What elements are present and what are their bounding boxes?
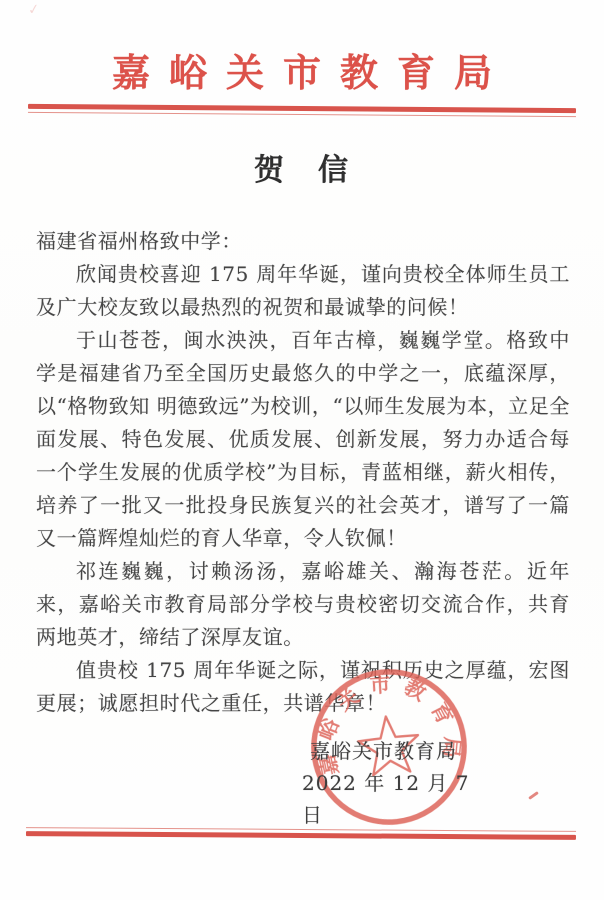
paragraph: 欣闻贵校喜迎 175 周年华诞，谨向贵校全体师生员工及广大校友致以最热烈的祝贺和… (36, 258, 570, 324)
letterhead-org-name: 嘉峪关市教育局 (0, 0, 604, 94)
footer-rule-thick (26, 831, 576, 840)
signature-date: 2022 年 12 月 7 日 (302, 767, 482, 831)
footer-divider (26, 827, 576, 840)
signature-block: 嘉峪关市教育局 2022 年 12 月 7 日 (302, 735, 482, 831)
scanned-letter-page: ✓ 嘉峪关市教育局 贺 信 福建省福州格致中学： 欣闻贵校喜迎 175 周年华诞… (0, 0, 604, 900)
signature-org-name: 嘉峪关市教育局 (302, 735, 482, 767)
letter-title: 贺 信 (0, 145, 604, 189)
letterhead-divider (28, 104, 576, 117)
letter-body: 福建省福州格致中学： 欣闻贵校喜迎 175 周年华诞，谨向贵校全体师生员工及广大… (36, 225, 570, 720)
stray-red-mark (528, 791, 539, 800)
paragraph: 于山苍苍，闽水泱泱，百年古樟，巍巍学堂。格致中学是福建省乃至全国历史最悠久的中学… (36, 324, 570, 555)
salutation: 福建省福州格致中学： (36, 225, 570, 258)
stray-scan-mark: ✓ (27, 1, 41, 18)
paragraph: 祁连巍巍，讨赖汤汤，嘉峪雄关、瀚海苍茫。近年来，嘉峪关市教育局部分学校与贵校密切… (36, 555, 570, 654)
